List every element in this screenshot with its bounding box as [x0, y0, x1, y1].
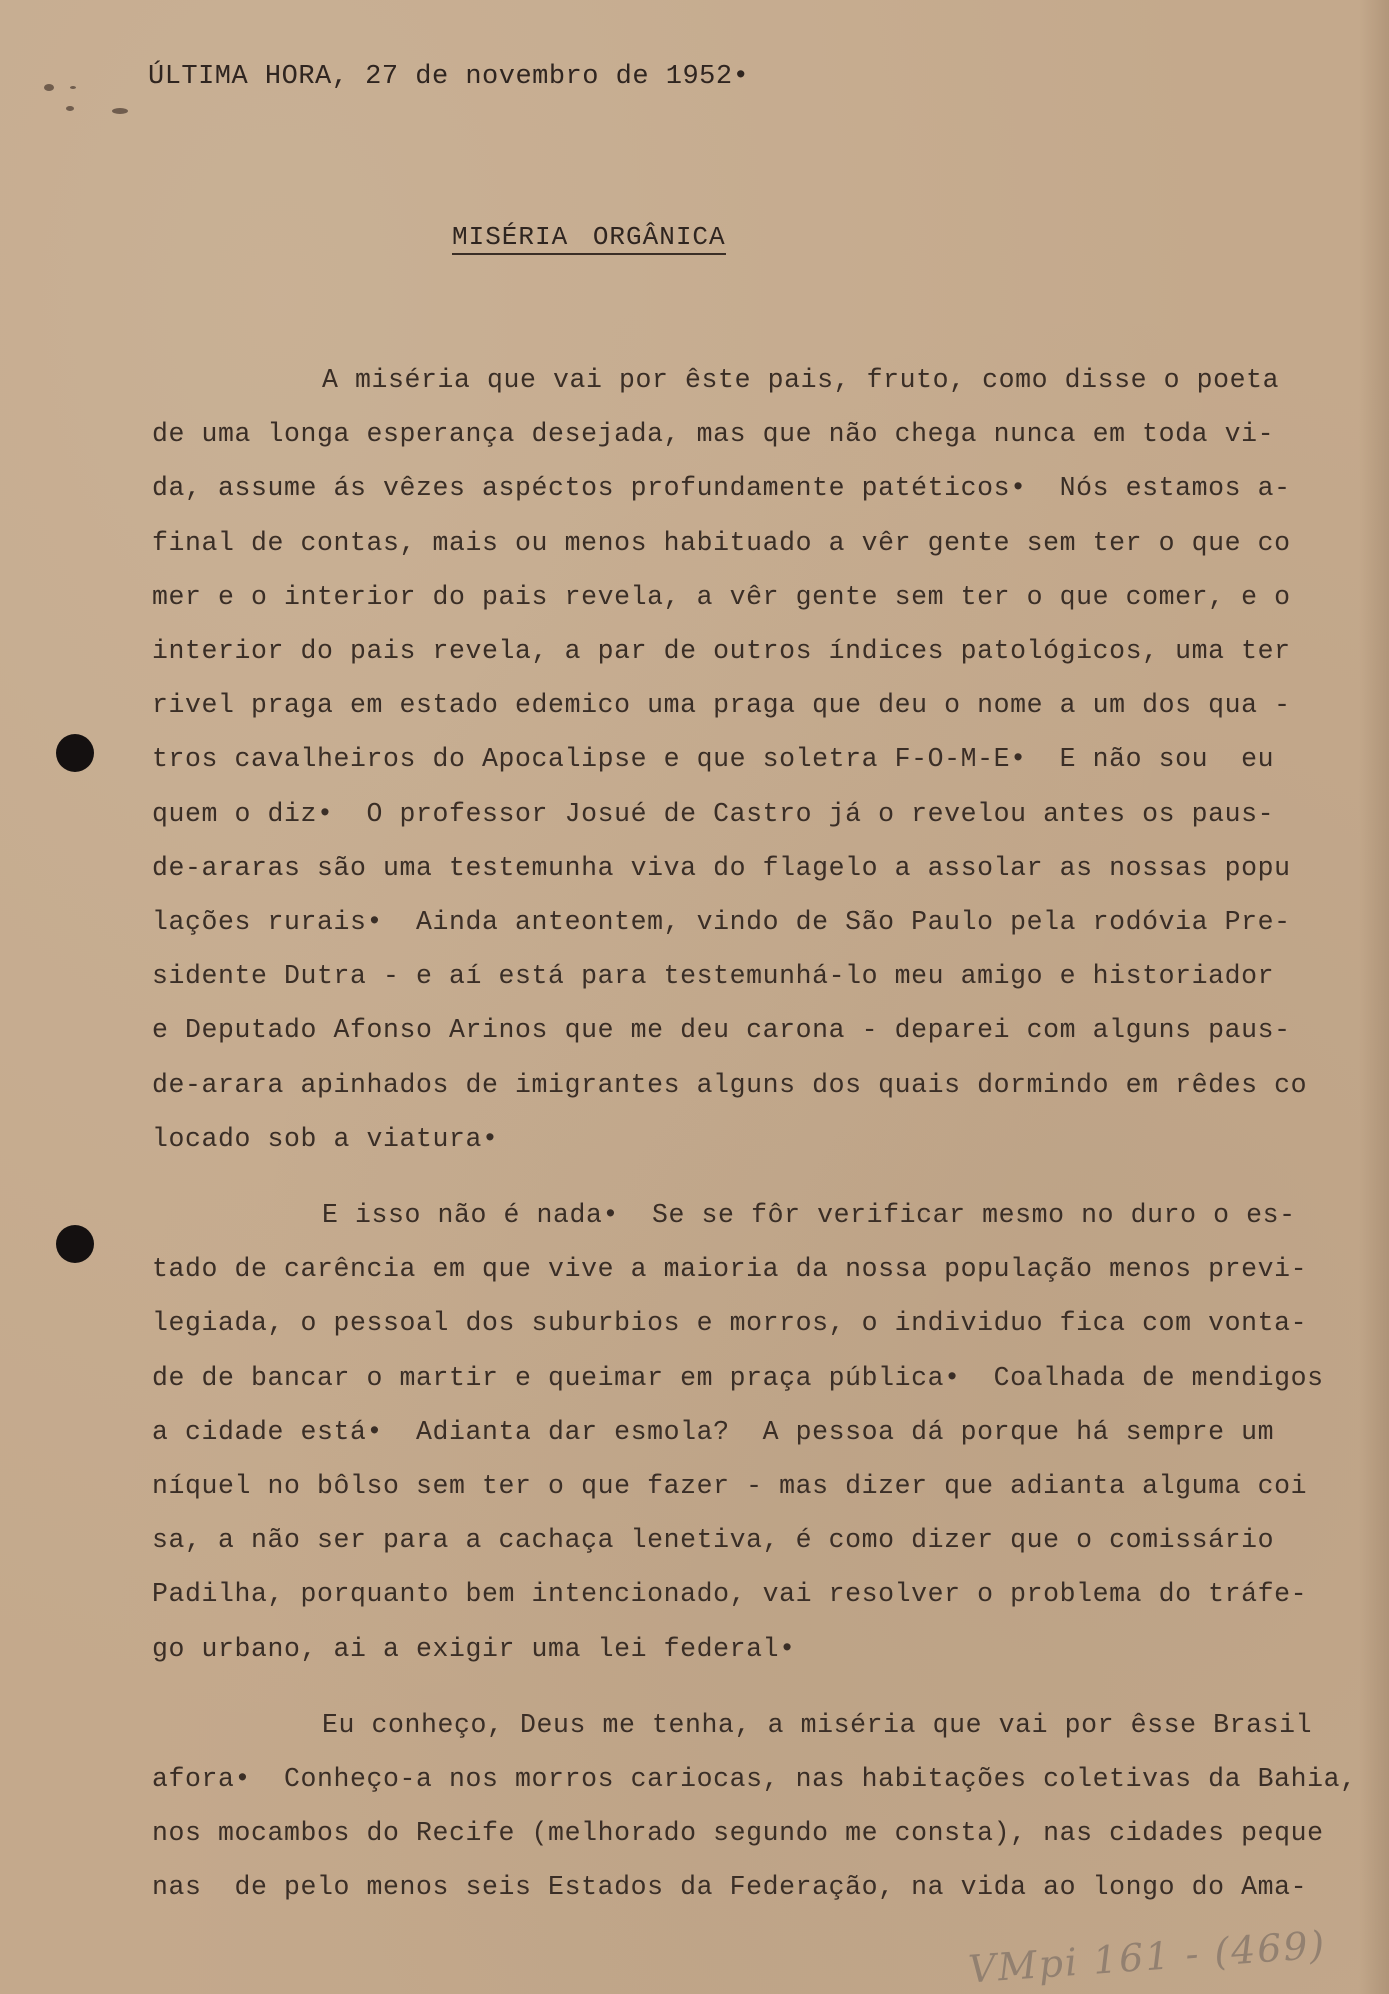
article-line: tros cavalheiros do Apocalipse e que sol…: [152, 744, 1274, 774]
article-line: tado de carência em que vive a maioria d…: [152, 1254, 1307, 1284]
paper-edge-shadow: [1359, 0, 1389, 1994]
ink-smudge: [66, 106, 74, 111]
article-line: de-araras são uma testemunha viva do fla…: [152, 853, 1291, 883]
handwritten-archive-note: VMpi 161 - (469): [967, 1923, 1328, 1992]
article-line: da, assume ás vêzes aspéctos profundamen…: [152, 473, 1291, 503]
article-line: níquel no bôlso sem ter o que fazer - ma…: [152, 1471, 1307, 1501]
punch-hole-bottom: [56, 1225, 94, 1263]
article-line: locado sob a viatura•: [152, 1124, 499, 1154]
ink-smudge: [70, 86, 76, 89]
article-line: Padilha, porquanto bem intencionado, vai…: [152, 1579, 1307, 1609]
article-line: a cidade está• Adianta dar esmola? A pes…: [152, 1417, 1274, 1447]
article-line: e Deputado Afonso Arinos que me deu caro…: [152, 1015, 1291, 1045]
article-line: nas de pelo menos seis Estados da Federa…: [152, 1872, 1307, 1902]
ink-smudge: [44, 84, 54, 91]
article-line: de de bancar o martir e queimar em praça…: [152, 1363, 1324, 1393]
article-line: Eu conheço, Deus me tenha, a miséria que…: [322, 1710, 1312, 1740]
article-line: de uma longa esperança desejada, mas que…: [152, 419, 1274, 449]
article-line: afora• Conheço-a nos morros cariocas, na…: [152, 1764, 1357, 1794]
article-line: A miséria que vai por êste pais, fruto, …: [322, 365, 1279, 395]
article-line: interior do pais revela, a par de outros…: [152, 636, 1291, 666]
newspaper-date-header: ÚLTIMA HORA, 27 de novembro de 1952•: [148, 62, 749, 92]
article-line: rivel praga em estado edemico uma praga …: [152, 690, 1291, 720]
article-line: sidente Dutra - e aí está para testemunh…: [152, 961, 1274, 991]
article-line: legiada, o pessoal dos suburbios e morro…: [152, 1308, 1307, 1338]
article-line: de-arara apinhados de imigrantes alguns …: [152, 1070, 1307, 1100]
article-line: E isso não é nada• Se se fôr verificar m…: [322, 1200, 1296, 1230]
article-line: lações rurais• Ainda anteontem, vindo de…: [152, 907, 1291, 937]
article-line: nos mocambos do Recife (melhorado segund…: [152, 1818, 1324, 1848]
article-title: MISÉRIA ORGÂNICA: [452, 222, 726, 255]
article-line: sa, a não ser para a cachaça lenetiva, é…: [152, 1525, 1274, 1555]
ink-smudge: [112, 108, 128, 114]
article-line: mer e o interior do pais revela, a vêr g…: [152, 582, 1291, 612]
article-line: go urbano, ai a exigir uma lei federal•: [152, 1634, 796, 1664]
article-line: quem o diz• O professor Josué de Castro …: [152, 799, 1274, 829]
article-line: final de contas, mais ou menos habituado…: [152, 528, 1291, 558]
punch-hole-top: [56, 734, 94, 772]
